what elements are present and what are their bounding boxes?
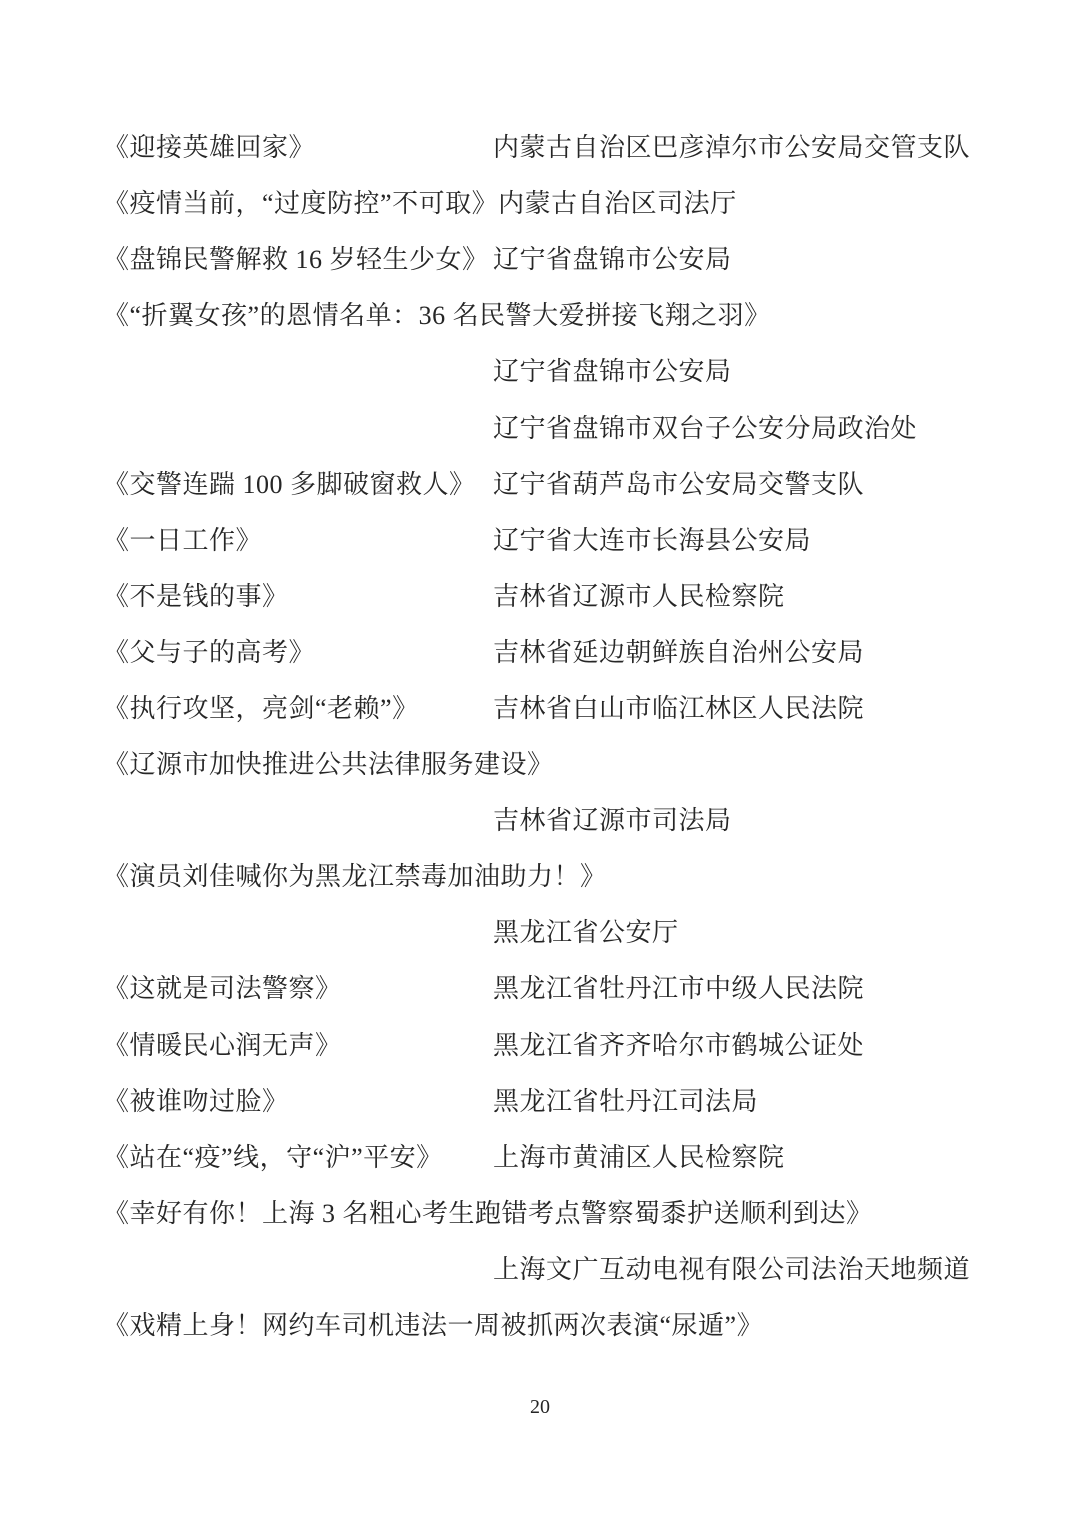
list-row: 上海文广互动电视有限公司法治天地频道 [103,1242,1020,1298]
entry-title: 《父与子的高考》 [103,640,493,666]
list-row: 《盘锦民警解救 16 岁轻生少女》 辽宁省盘锦市公安局 [103,232,1020,288]
entry-title: 《戏精上身！网约车司机违法一周被抓两次表演“尿遁”》 [103,1313,763,1339]
document-page: 《迎接英雄回家》 内蒙古自治区巴彦淖尔市公安局交管支队 《疫情当前，“过度防控”… [0,0,1080,1527]
list-row: 《一日工作》 辽宁省大连市长海县公安局 [103,513,1020,569]
list-row: 《执行攻坚，亮剑“老赖”》 吉林省白山市临江林区人民法院 [103,681,1020,737]
list-row: 黑龙江省公安厅 [103,905,1020,961]
entry-title: 《“折翼女孩”的恩情名单：36 名民警大爱拼接飞翔之羽》 [103,303,771,329]
entry-title: 《这就是司法警察》 [103,976,493,1002]
list-row: 《幸好有你！上海 3 名粗心考生跑错考点警察蜀黍护送顺利到达》 [103,1186,1020,1242]
list-row: 《不是钱的事》 吉林省辽源市人民检察院 [103,569,1020,625]
entry-org: 黑龙江省牡丹江司法局 [493,1089,758,1115]
entry-title: 《交警连踹 100 多脚破窗救人》 [103,472,493,498]
entry-org: 吉林省白山市临江林区人民法院 [493,696,864,722]
list-row: 《父与子的高考》 吉林省延边朝鲜族自治州公安局 [103,625,1020,681]
entry-org: 内蒙古自治区巴彦淖尔市公安局交管支队 [493,135,970,161]
entry-org: 辽宁省盘锦市公安局 [493,247,732,273]
list-row: 《交警连踹 100 多脚破窗救人》 辽宁省葫芦岛市公安局交警支队 [103,457,1020,513]
entry-title: 《执行攻坚，亮剑“老赖”》 [103,696,493,722]
entry-org: 辽宁省大连市长海县公安局 [493,528,811,554]
entry-title: 《不是钱的事》 [103,584,493,610]
entry-title: 《演员刘佳喊你为黑龙江禁毒加油助力！》 [103,864,607,890]
entry-org: 辽宁省盘锦市公安局 [493,359,732,385]
entry-title: 《盘锦民警解救 16 岁轻生少女》 [103,247,493,273]
list-row: 辽宁省盘锦市双台子公安分局政治处 [103,400,1020,456]
page-number: 20 [0,1396,1080,1419]
list-row: 《辽源市加快推进公共法律服务建设》 [103,737,1020,793]
entry-title: 《迎接英雄回家》 [103,135,493,161]
list-row: 《迎接英雄回家》 内蒙古自治区巴彦淖尔市公安局交管支队 [103,120,1020,176]
entry-title: 《站在“疫”线，守“沪”平安》 [103,1145,493,1171]
list-row: 《疫情当前，“过度防控”不可取》 内蒙古自治区司法厅 [103,176,1020,232]
entry-org: 内蒙古自治区司法厅 [498,191,737,217]
list-row: 《被谁吻过脸》 黑龙江省牡丹江司法局 [103,1074,1020,1130]
list-row: 《演员刘佳喊你为黑龙江禁毒加油助力！》 [103,849,1020,905]
entry-org: 辽宁省盘锦市双台子公安分局政治处 [493,416,917,442]
list-row: 《情暖民心润无声》 黑龙江省齐齐哈尔市鹤城公证处 [103,1018,1020,1074]
entry-org: 吉林省辽源市司法局 [493,808,732,834]
list-row: 《这就是司法警察》 黑龙江省牡丹江市中级人民法院 [103,961,1020,1017]
entry-org: 黑龙江省牡丹江市中级人民法院 [493,976,864,1002]
entries-list: 《迎接英雄回家》 内蒙古自治区巴彦淖尔市公安局交管支队 《疫情当前，“过度防控”… [103,120,1020,1354]
entry-title: 《情暖民心润无声》 [103,1033,493,1059]
entry-org: 辽宁省葫芦岛市公安局交警支队 [493,472,864,498]
list-row: 辽宁省盘锦市公安局 [103,344,1020,400]
entry-title: 《一日工作》 [103,528,493,554]
entry-org: 吉林省延边朝鲜族自治州公安局 [493,640,864,666]
entry-org: 吉林省辽源市人民检察院 [493,584,785,610]
list-row: 《“折翼女孩”的恩情名单：36 名民警大爱拼接飞翔之羽》 [103,288,1020,344]
list-row: 《站在“疫”线，守“沪”平安》 上海市黄浦区人民检察院 [103,1130,1020,1186]
entry-title: 《幸好有你！上海 3 名粗心考生跑错考点警察蜀黍护送顺利到达》 [103,1201,873,1227]
entry-title: 《疫情当前，“过度防控”不可取》 [103,191,498,217]
list-row: 吉林省辽源市司法局 [103,793,1020,849]
list-row: 《戏精上身！网约车司机违法一周被抓两次表演“尿遁”》 [103,1298,1020,1354]
entry-org: 上海市黄浦区人民检察院 [493,1145,785,1171]
entry-org: 黑龙江省公安厅 [493,920,679,946]
entry-title: 《被谁吻过脸》 [103,1089,493,1115]
entry-org: 黑龙江省齐齐哈尔市鹤城公证处 [493,1033,864,1059]
entry-org: 上海文广互动电视有限公司法治天地频道 [493,1257,970,1283]
entry-title: 《辽源市加快推进公共法律服务建设》 [103,752,554,778]
